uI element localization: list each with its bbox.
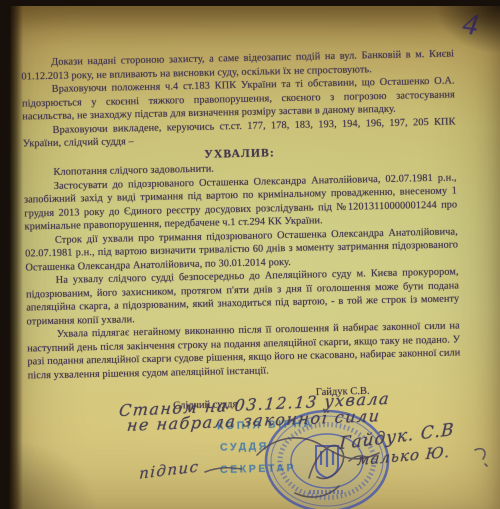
photo-bottom-left-shadow [9, 439, 99, 509]
photo-left-shadow [9, 6, 23, 509]
document-page: 4 Докази надані стороною захисту, а саме… [9, 6, 500, 509]
document-photo: 4 Докази надані стороною захисту, а саме… [0, 0, 500, 509]
signature-scribble [9, 6, 500, 509]
photo-top-right-shadow [430, 6, 500, 58]
